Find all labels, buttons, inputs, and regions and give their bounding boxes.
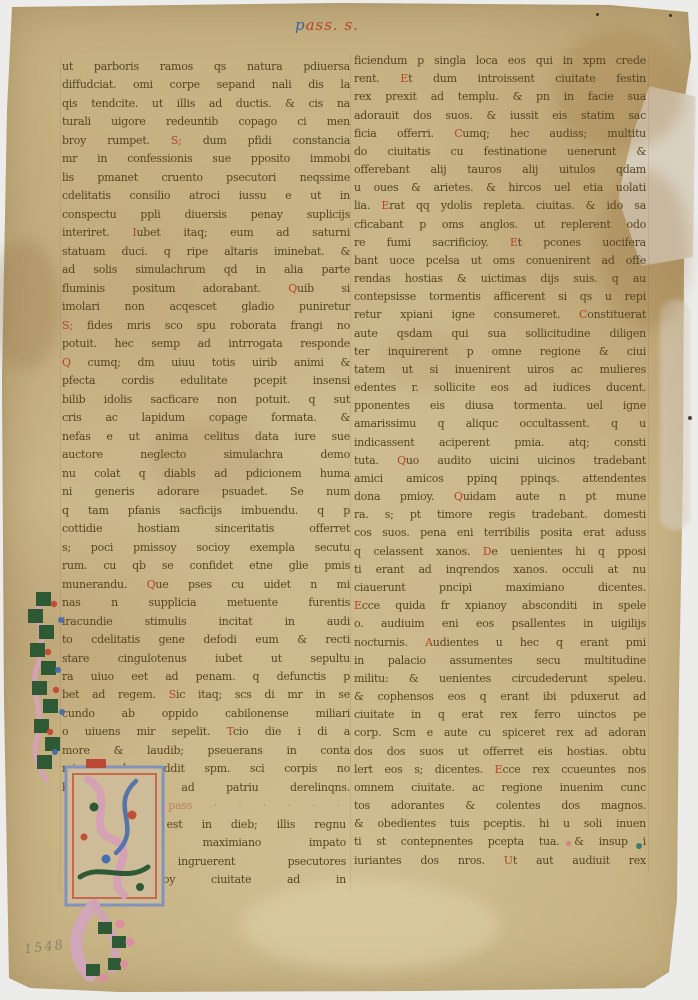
text-segment: retur xpiani igne consumeret. bbox=[354, 308, 579, 321]
manuscript-line: turali uigore redeuntib copago ci men bbox=[62, 113, 350, 131]
manuscript-line: broy rumpet. S; dum pfidi constancia bbox=[62, 132, 350, 150]
text-segment: nocturnis. bbox=[354, 636, 425, 649]
pigment-speck bbox=[566, 841, 571, 846]
text-segment: cris ac lapidum copage formata. & bbox=[62, 411, 350, 424]
text-segment: corp. Scm e aute cu spiceret rex ad ador… bbox=[354, 726, 646, 739]
text-segment: amarissimu q aliquc occultassent. q u bbox=[354, 417, 646, 430]
text-column-right: ficiendum p singla loca eos qui in xpm c… bbox=[354, 52, 646, 870]
text-segment: Q bbox=[454, 490, 463, 503]
pricking-hole bbox=[669, 14, 672, 17]
text-segment: rex prexit ad templu. & pn in facie sua bbox=[354, 90, 646, 103]
manuscript-line: pponentes eis diusa tormenta. uel igne bbox=[354, 397, 646, 415]
manuscript-line: nocturnis. Audientes u hec q erant pmi bbox=[354, 634, 646, 652]
text-segment: qis tendcite. ut illis ad ductis. & cis … bbox=[62, 97, 350, 110]
initial-tail bbox=[76, 905, 134, 982]
text-segment: ic itaq; scs di mr in se bbox=[176, 688, 350, 701]
manuscript-line: diffudciat. omi corpe sepand nali dis la bbox=[62, 76, 350, 94]
text-segment: aute qsdam qui sua sollicitudine diligen bbox=[354, 327, 646, 340]
text-segment: cumq; dm uiuu totis uirib animi & bbox=[71, 356, 350, 369]
text-segment: uidam aute n pt mune bbox=[463, 490, 646, 503]
manuscript-line: edentes r. sollicite eos ad iudices duce… bbox=[354, 379, 646, 397]
text-segment: ciauerunt pncipi maximiano dicentes. bbox=[354, 581, 646, 594]
illuminated-initial-f bbox=[28, 592, 178, 982]
photograph-of-manuscript-leaf: pass. s. ut parboris ramos qs natura pdi… bbox=[0, 0, 698, 1000]
text-segment: in palacio assumentes secu multitudine bbox=[354, 654, 646, 667]
manuscript-line: nu colat q diabls ad pdicionem huma bbox=[62, 465, 350, 483]
text-segment: A bbox=[425, 636, 433, 649]
text-segment: S; bbox=[171, 134, 182, 147]
text-segment: nu colat q diabls ad pdicionem huma bbox=[62, 467, 350, 480]
text-segment: E bbox=[354, 599, 362, 612]
manuscript-line: ti erant ad inqrendos xanos. occuli at n… bbox=[354, 561, 646, 579]
text-segment: E bbox=[510, 236, 518, 249]
text-segment: o. audiuim eni eos psallentes in uigilij… bbox=[354, 617, 646, 630]
manuscript-line: omnem ciuitate. ac regione inuenim cunc bbox=[354, 779, 646, 797]
manuscript-line: ficia offerri. Cumq; hec audiss; multitu bbox=[354, 125, 646, 143]
text-segment: rent. bbox=[354, 72, 400, 85]
text-segment: tuta. bbox=[354, 454, 397, 467]
manuscript-line: fluminis positum adorabant. Quib si bbox=[62, 280, 350, 298]
manuscript-line: cficabant p oms anglos. ut replerent odo bbox=[354, 216, 646, 234]
manuscript-line: bant uoce pcelsa ut oms conuenirent ad o… bbox=[354, 252, 646, 270]
manuscript-line: conspectu ppli diuersis penay suplicijs bbox=[62, 206, 350, 224]
manuscript-line: imolari non acqescet gladio puniretur bbox=[62, 298, 350, 316]
manuscript-line: in palacio assumentes secu multitudine bbox=[354, 652, 646, 670]
manuscript-line: ciuitate in q erat rex ferro uinctos pe bbox=[354, 706, 646, 724]
manuscript-line: tuta. Quo audito uicini uicinos tradeban… bbox=[354, 452, 646, 470]
manuscript-line: ni generis adorare psuadet. Se num bbox=[62, 483, 350, 501]
text-segment: p bbox=[295, 16, 306, 34]
text-segment: udientes u hec q erant pmi bbox=[433, 636, 646, 649]
manuscript-line: lis pmanet cruento psecutori neqssime bbox=[62, 169, 350, 187]
manuscript-line: interiret. Iubet itaq; eum ad saturni bbox=[62, 224, 350, 242]
text-segment: imolari non acqescet gladio puniretur bbox=[62, 300, 350, 313]
text-segment: Q bbox=[62, 356, 71, 369]
text-segment: conspectu ppli diuersis penay suplicijs bbox=[62, 208, 350, 221]
manuscript-line: rendas hostias & uictimas dijs suis. q a… bbox=[354, 270, 646, 288]
text-segment: ad solis simulachrum qd in alia parte bbox=[62, 263, 350, 276]
manuscript-line: re fumi sacrificioy. Et pcones uocifera bbox=[354, 234, 646, 252]
manuscript-line: adorauit dos suos. & iussit eis statim s… bbox=[354, 107, 646, 125]
manuscript-line: aute qsdam qui sua sollicitudine diligen bbox=[354, 325, 646, 343]
text-segment: offerebant alij tauros alij uitulos qdam bbox=[354, 163, 646, 176]
text-segment: pfecta cordis edulitate pcepit insensi bbox=[62, 374, 350, 387]
text-segment: lert eos s; dicentes. bbox=[354, 763, 495, 776]
initial-panel bbox=[66, 759, 163, 905]
text-segment: dos dos suos ut offerret eis hostias. ob… bbox=[354, 745, 646, 758]
text-segment: interiret. bbox=[62, 226, 132, 239]
text-segment: & obedientes tuis pceptis. hi u soli inu… bbox=[354, 817, 646, 830]
manuscript-line: ti st contepnentes pcepta tua. & insup i bbox=[354, 833, 646, 851]
manuscript-line: corp. Scm e aute cu spiceret rex ad ador… bbox=[354, 724, 646, 742]
manuscript-line: ad solis simulachrum qd in alia parte bbox=[62, 261, 350, 279]
manuscript-line: ra. s; pt timore regis tradebant. domest… bbox=[354, 506, 646, 524]
manuscript-line: retur xpiani igne consumeret. Constituer… bbox=[354, 306, 646, 324]
manuscript-line: S; fides mris sco spu roborata frangi no bbox=[62, 317, 350, 335]
text-segment: s; poci pmissoy socioy exempla secutu bbox=[62, 541, 350, 554]
text-segment: cce quida fr xpianoy absconditi in spele bbox=[362, 599, 646, 612]
manuscript-line: auctore neglecto simulachra demo bbox=[62, 446, 350, 464]
manuscript-line: lert eos s; dicentes. Ecce rex ccueuntes… bbox=[354, 761, 646, 779]
manuscript-line: ficiendum p singla loca eos qui in xpm c… bbox=[354, 52, 646, 70]
text-segment: ti erant ad inqrendos xanos. occuli at n… bbox=[354, 563, 646, 576]
text-segment: C bbox=[579, 308, 587, 321]
text-segment: cottidie hostiam sinceritatis offerret bbox=[62, 522, 350, 535]
text-segment: bilib idolis sacficare non potuit. q sut bbox=[62, 393, 350, 406]
text-segment: cce rex ccueuntes nos bbox=[502, 763, 646, 776]
text-segment: amici amicos ppinq ppinqs. attendentes bbox=[354, 472, 646, 485]
text-segment: broy rumpet. bbox=[62, 134, 171, 147]
text-segment: ciuitate in q erat rex ferro uinctos pe bbox=[354, 708, 646, 721]
manuscript-line: Q cumq; dm uiuu totis uirib animi & bbox=[62, 354, 350, 372]
manuscript-line: cos suos. pena eni terribilis posita era… bbox=[354, 524, 646, 542]
text-segment: bant uoce pcelsa ut oms conuenirent ad o… bbox=[354, 254, 646, 267]
text-segment: ue pses cu uidet n mi bbox=[155, 578, 350, 591]
text-segment: edentes r. sollicite eos ad iudices duce… bbox=[354, 381, 646, 394]
text-segment: diffudciat. omi corpe sepand nali dis la bbox=[62, 78, 350, 91]
text-segment: cio die i di a bbox=[233, 725, 350, 738]
manuscript-line: s; poci pmissoy socioy exempla secutu bbox=[62, 539, 350, 557]
text-segment: ubet itaq; eum ad saturni bbox=[136, 226, 350, 239]
text-segment: cficabant p oms anglos. ut replerent odo bbox=[354, 218, 646, 231]
manuscript-line: tatem ut si inuenirent uiros ac mulieres bbox=[354, 361, 646, 379]
text-segment: uo audito uicini uicinos tradebant bbox=[406, 454, 646, 467]
text-segment: q tam pfanis sacficijs imbuendu. q p bbox=[62, 504, 350, 517]
text-segment: dum pfidi constancia bbox=[182, 134, 350, 147]
manuscript-line: indicassent aciperent pmia. atq; consti bbox=[354, 434, 646, 452]
manuscript-line: mr in confessionis sue pposito immobi bbox=[62, 150, 350, 168]
manuscript-line: contepsisse tormentis afficerent si qs u… bbox=[354, 288, 646, 306]
text-segment: u oues & arietes. & hircos uel etia uola… bbox=[354, 181, 646, 194]
manuscript-line: & cophensos eos q erant ibi pduxerut ad bbox=[354, 688, 646, 706]
manuscript-line: lia. Erat qq ydolis repleta. ciuitas. & … bbox=[354, 197, 646, 215]
text-segment: iuriantes dos nros. bbox=[354, 854, 504, 867]
text-segment: tos adorantes & colentes dos magnos. bbox=[354, 799, 646, 812]
manuscript-line: cdelitatis consilio atroci iussu e ut in bbox=[62, 187, 350, 205]
text-segment: ficiendum p singla loca eos qui in xpm c… bbox=[354, 54, 646, 67]
manuscript-line: pfecta cordis edulitate pcepit insensi bbox=[62, 372, 350, 390]
text-segment: umq; hec audiss; multitu bbox=[462, 127, 646, 140]
text-segment: lia. bbox=[354, 199, 381, 212]
text-segment: t dum introissent ciuitate festin bbox=[408, 72, 646, 85]
manuscript-line: dona pmioy. Quidam aute n pt mune bbox=[354, 488, 646, 506]
manuscript-line: bilib idolis sacficare non potuit. q sut bbox=[62, 391, 350, 409]
manuscript-line: q celassent xanos. De uenientes hi q ppo… bbox=[354, 543, 646, 561]
wormhole bbox=[688, 416, 692, 420]
manuscript-line: do ciuitatis cu festinatione uenerunt & bbox=[354, 143, 646, 161]
text-segment: . s. bbox=[333, 16, 359, 34]
manuscript-line: militu: & uenientes circudederunt speleu… bbox=[354, 670, 646, 688]
text-segment: do ciuitatis cu festinatione uenerunt & bbox=[354, 145, 646, 158]
manuscript-line: Ecce quida fr xpianoy absconditi in spel… bbox=[354, 597, 646, 615]
text-segment: contepsisse tormentis afficerent si qs u… bbox=[354, 290, 646, 303]
text-segment: fluminis positum adorabant. bbox=[62, 282, 288, 295]
manuscript-line: nefas e ut anima celitus data iure sue bbox=[62, 428, 350, 446]
text-segment: omnem ciuitate. ac regione inuenim cunc bbox=[354, 781, 646, 794]
foliate-margin-bar bbox=[28, 592, 65, 780]
text-segment: Q bbox=[397, 454, 406, 467]
text-segment: indicassent aciperent pmia. atq; consti bbox=[354, 436, 646, 449]
text-segment: re fumi sacrificioy. bbox=[354, 236, 510, 249]
ruling-line bbox=[648, 52, 649, 872]
pricking-hole bbox=[596, 13, 599, 16]
text-segment: munerandu. bbox=[62, 578, 147, 591]
manuscript-line: rex prexit ad templu. & pn in facie sua bbox=[354, 88, 646, 106]
manuscript-line: offerebant alij tauros alij uitulos qdam bbox=[354, 161, 646, 179]
text-segment: turali uigore redeuntib copago ci men bbox=[62, 115, 350, 128]
manuscript-line: rent. Et dum introissent ciuitate festin bbox=[354, 70, 646, 88]
manuscript-line: o. audiuim eni eos psallentes in uigilij… bbox=[354, 615, 646, 633]
text-segment: e uenientes hi q pposi bbox=[491, 545, 646, 558]
text-segment: cos suos. pena eni terribilis posita era… bbox=[354, 526, 646, 539]
text-segment: nefas e ut anima celitus data iure sue bbox=[62, 430, 350, 443]
text-segment: ter inquirerent p omne regione & ciui bbox=[354, 345, 646, 358]
manuscript-line: ter inquirerent p omne regione & ciui bbox=[354, 343, 646, 361]
text-segment: U bbox=[504, 854, 513, 867]
pigment-speck bbox=[636, 843, 642, 849]
text-segment: ni generis adorare psuadet. Se num bbox=[62, 485, 350, 498]
manuscript-line: amarissimu q aliquc occultassent. q u bbox=[354, 415, 646, 433]
manuscript-line: q tam pfanis sacficijs imbuendu. q p bbox=[62, 502, 350, 520]
manuscript-line: iuriantes dos nros. Ut aut audiuit rex bbox=[354, 852, 646, 870]
manuscript-line: cottidie hostiam sinceritatis offerret bbox=[62, 520, 350, 538]
text-segment: ut parboris ramos qs natura pdiuersa bbox=[62, 60, 350, 73]
text-segment: cdelitatis consilio atroci iussu e ut in bbox=[62, 189, 350, 202]
manuscript-line: qis tendcite. ut illis ad ductis. & cis … bbox=[62, 95, 350, 113]
text-segment: ass bbox=[306, 16, 333, 34]
manuscript-line: tos adorantes & colentes dos magnos. bbox=[354, 797, 646, 815]
manuscript-line: potuit. hec semp ad intrrogata responde bbox=[62, 335, 350, 353]
text-segment: rat qq ydolis repleta. ciuitas. & ido sa bbox=[389, 199, 646, 212]
text-segment: E bbox=[400, 72, 408, 85]
text-segment: auctore neglecto simulachra demo bbox=[62, 448, 350, 461]
text-segment: onstituerat bbox=[587, 308, 646, 321]
manuscript-line: ut parboris ramos qs natura pdiuersa bbox=[62, 58, 350, 76]
text-segment: statuam duci. q ripe altaris iminebat. & bbox=[62, 245, 350, 258]
manuscript-line: & obedientes tuis pceptis. hi u soli inu… bbox=[354, 815, 646, 833]
text-segment: ti st contepnentes pcepta tua. & insup i bbox=[354, 835, 646, 848]
manuscript-line: statuam duci. q ripe altaris iminebat. & bbox=[62, 243, 350, 261]
text-segment: tatem ut si inuenirent uiros ac mulieres bbox=[354, 363, 646, 376]
manuscript-line: amici amicos ppinq ppinqs. attendentes bbox=[354, 470, 646, 488]
text-segment: rum. cu qb se confidet etne glie pmis bbox=[62, 559, 350, 572]
text-segment: ficia offerri. bbox=[354, 127, 454, 140]
text-segment: t aut audiuit rex bbox=[513, 854, 646, 867]
text-segment: ra. s; pt timore regis tradebant. domest… bbox=[354, 508, 646, 521]
text-segment: lis pmanet cruento psecutori neqssime bbox=[62, 171, 350, 184]
running-header: pass. s. bbox=[295, 16, 359, 34]
manuscript-line: cris ac lapidum copage formata. & bbox=[62, 409, 350, 427]
text-segment: uib si bbox=[297, 282, 350, 295]
text-segment: & cophensos eos q erant ibi pduxerut ad bbox=[354, 690, 646, 703]
text-segment: rendas hostias & uictimas dijs suis. q a… bbox=[354, 272, 646, 285]
ruling-line bbox=[350, 52, 351, 892]
text-segment: militu: & uenientes circudederunt speleu… bbox=[354, 672, 646, 685]
manuscript-line: ciauerunt pncipi maximiano dicentes. bbox=[354, 579, 646, 597]
text-segment: dona pmioy. bbox=[354, 490, 454, 503]
manuscript-line: rum. cu qb se confidet etne glie pmis bbox=[62, 557, 350, 575]
text-segment: mr in confessionis sue pposito immobi bbox=[62, 152, 350, 165]
manuscript-line: u oues & arietes. & hircos uel etia uola… bbox=[354, 179, 646, 197]
text-segment: S; bbox=[62, 319, 73, 332]
text-segment: q celassent xanos. bbox=[354, 545, 483, 558]
text-segment: t pcones uocifera bbox=[518, 236, 646, 249]
text-segment: adorauit dos suos. & iussit eis statim s… bbox=[354, 109, 646, 122]
text-segment: pponentes eis diusa tormenta. uel igne bbox=[354, 399, 646, 412]
text-segment: Q bbox=[288, 282, 297, 295]
manuscript-line: dos dos suos ut offerret eis hostias. ob… bbox=[354, 743, 646, 761]
text-segment: fides mris sco spu roborata frangi no bbox=[73, 319, 350, 332]
text-segment: potuit. hec semp ad intrrogata responde bbox=[62, 337, 350, 350]
